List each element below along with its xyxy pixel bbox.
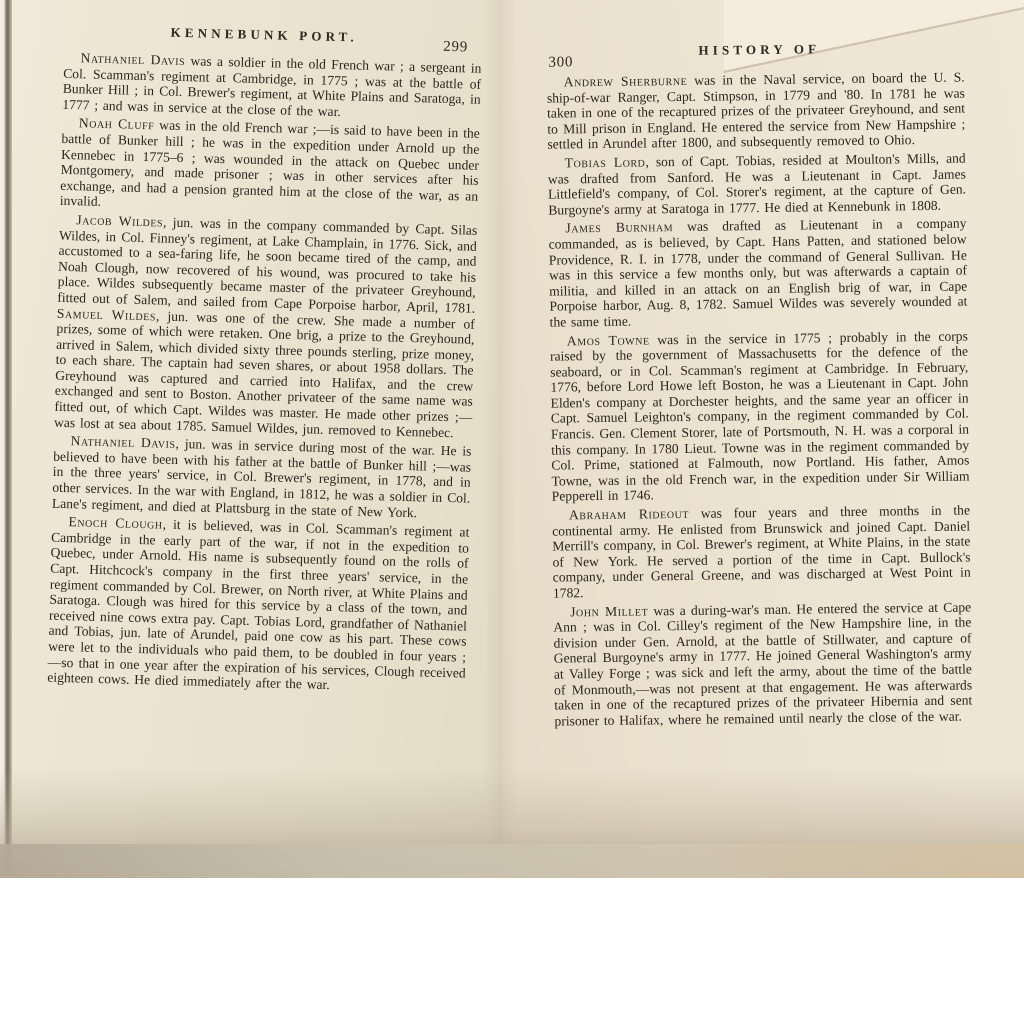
paragraph-text: , it is believed, was in Col. Scamman's … — [47, 517, 469, 692]
right-page-number: 300 — [548, 54, 573, 71]
paragraph: Abraham Rideout was four years and three… — [552, 503, 971, 602]
person-name: Amos Towne — [567, 332, 650, 348]
person-name: Noah Cluff — [79, 116, 155, 133]
book-photo-scan: KENNEBUNK PORT. 299 Nathaniel Davis was … — [0, 0, 1024, 1024]
left-header-text: KENNEBUNK PORT. — [170, 25, 358, 45]
left-page-content: KENNEBUNK PORT. 299 Nathaniel Davis was … — [0, 0, 511, 878]
paragraph: Jacob Wildes, jun. was in the company co… — [54, 212, 478, 441]
paragraph: Nathaniel Davis, jun. was in service dur… — [52, 433, 472, 522]
left-page: KENNEBUNK PORT. 299 Nathaniel Davis was … — [10, 0, 502, 878]
paragraph: Enoch Clough, it is believed, was in Col… — [47, 514, 469, 696]
paragraph: Noah Cluff was in the old French war ;—i… — [60, 115, 480, 219]
right-header-text: HISTORY OF — [698, 41, 820, 57]
right-page-content: HISTORY OF 300 Andrew Sherburne was in t… — [498, 0, 1024, 878]
left-page-number: 299 — [443, 39, 468, 57]
paragraph: Amos Towne was in the service in 1775 ; … — [550, 328, 970, 505]
paragraph-text: was in the service in 1775 ; probably in… — [550, 328, 970, 504]
person-name: Enoch Clough — [68, 514, 163, 531]
white-margin — [0, 878, 1024, 1024]
paragraph: James Burnham was drafted as Lieutenant … — [548, 216, 967, 330]
right-running-head: HISTORY OF — [498, 0, 1021, 61]
person-name: John Millet — [570, 603, 648, 619]
left-running-head: KENNEBUNK PORT. — [18, 0, 511, 50]
paragraph-text: was a during-war's man. He entered the s… — [553, 599, 972, 728]
person-name: James Burnham — [565, 219, 673, 235]
photo-area: KENNEBUNK PORT. 299 Nathaniel Davis was … — [0, 0, 1024, 878]
book-page-edges — [0, 0, 12, 878]
paragraph: Andrew Sherburne was in the Naval servic… — [547, 70, 966, 153]
paragraph-text: , jun. was one of the crew. She made a n… — [54, 308, 475, 440]
person-name: Jacob Wildes — [76, 212, 163, 229]
left-text-column: Nathaniel Davis was a soldier in the old… — [47, 50, 481, 696]
paragraph: Tobias Lord, son of Capt. Tobias, reside… — [548, 150, 967, 217]
right-page: HISTORY OF 300 Andrew Sherburne was in t… — [502, 0, 1024, 878]
paragraph-text: , jun. was in the company commanded by C… — [57, 214, 477, 315]
person-name: Samuel Wildes — [57, 305, 156, 323]
person-name: Abraham Rideout — [569, 506, 689, 522]
right-text-column: Andrew Sherburne was in the Naval servic… — [547, 70, 973, 729]
paragraph: John Millet was a during-war's man. He e… — [553, 599, 972, 729]
paragraph: Nathaniel Davis was a soldier in the old… — [62, 50, 481, 123]
person-name: Tobias Lord — [565, 154, 646, 170]
person-name: Andrew Sherburne — [564, 73, 688, 90]
